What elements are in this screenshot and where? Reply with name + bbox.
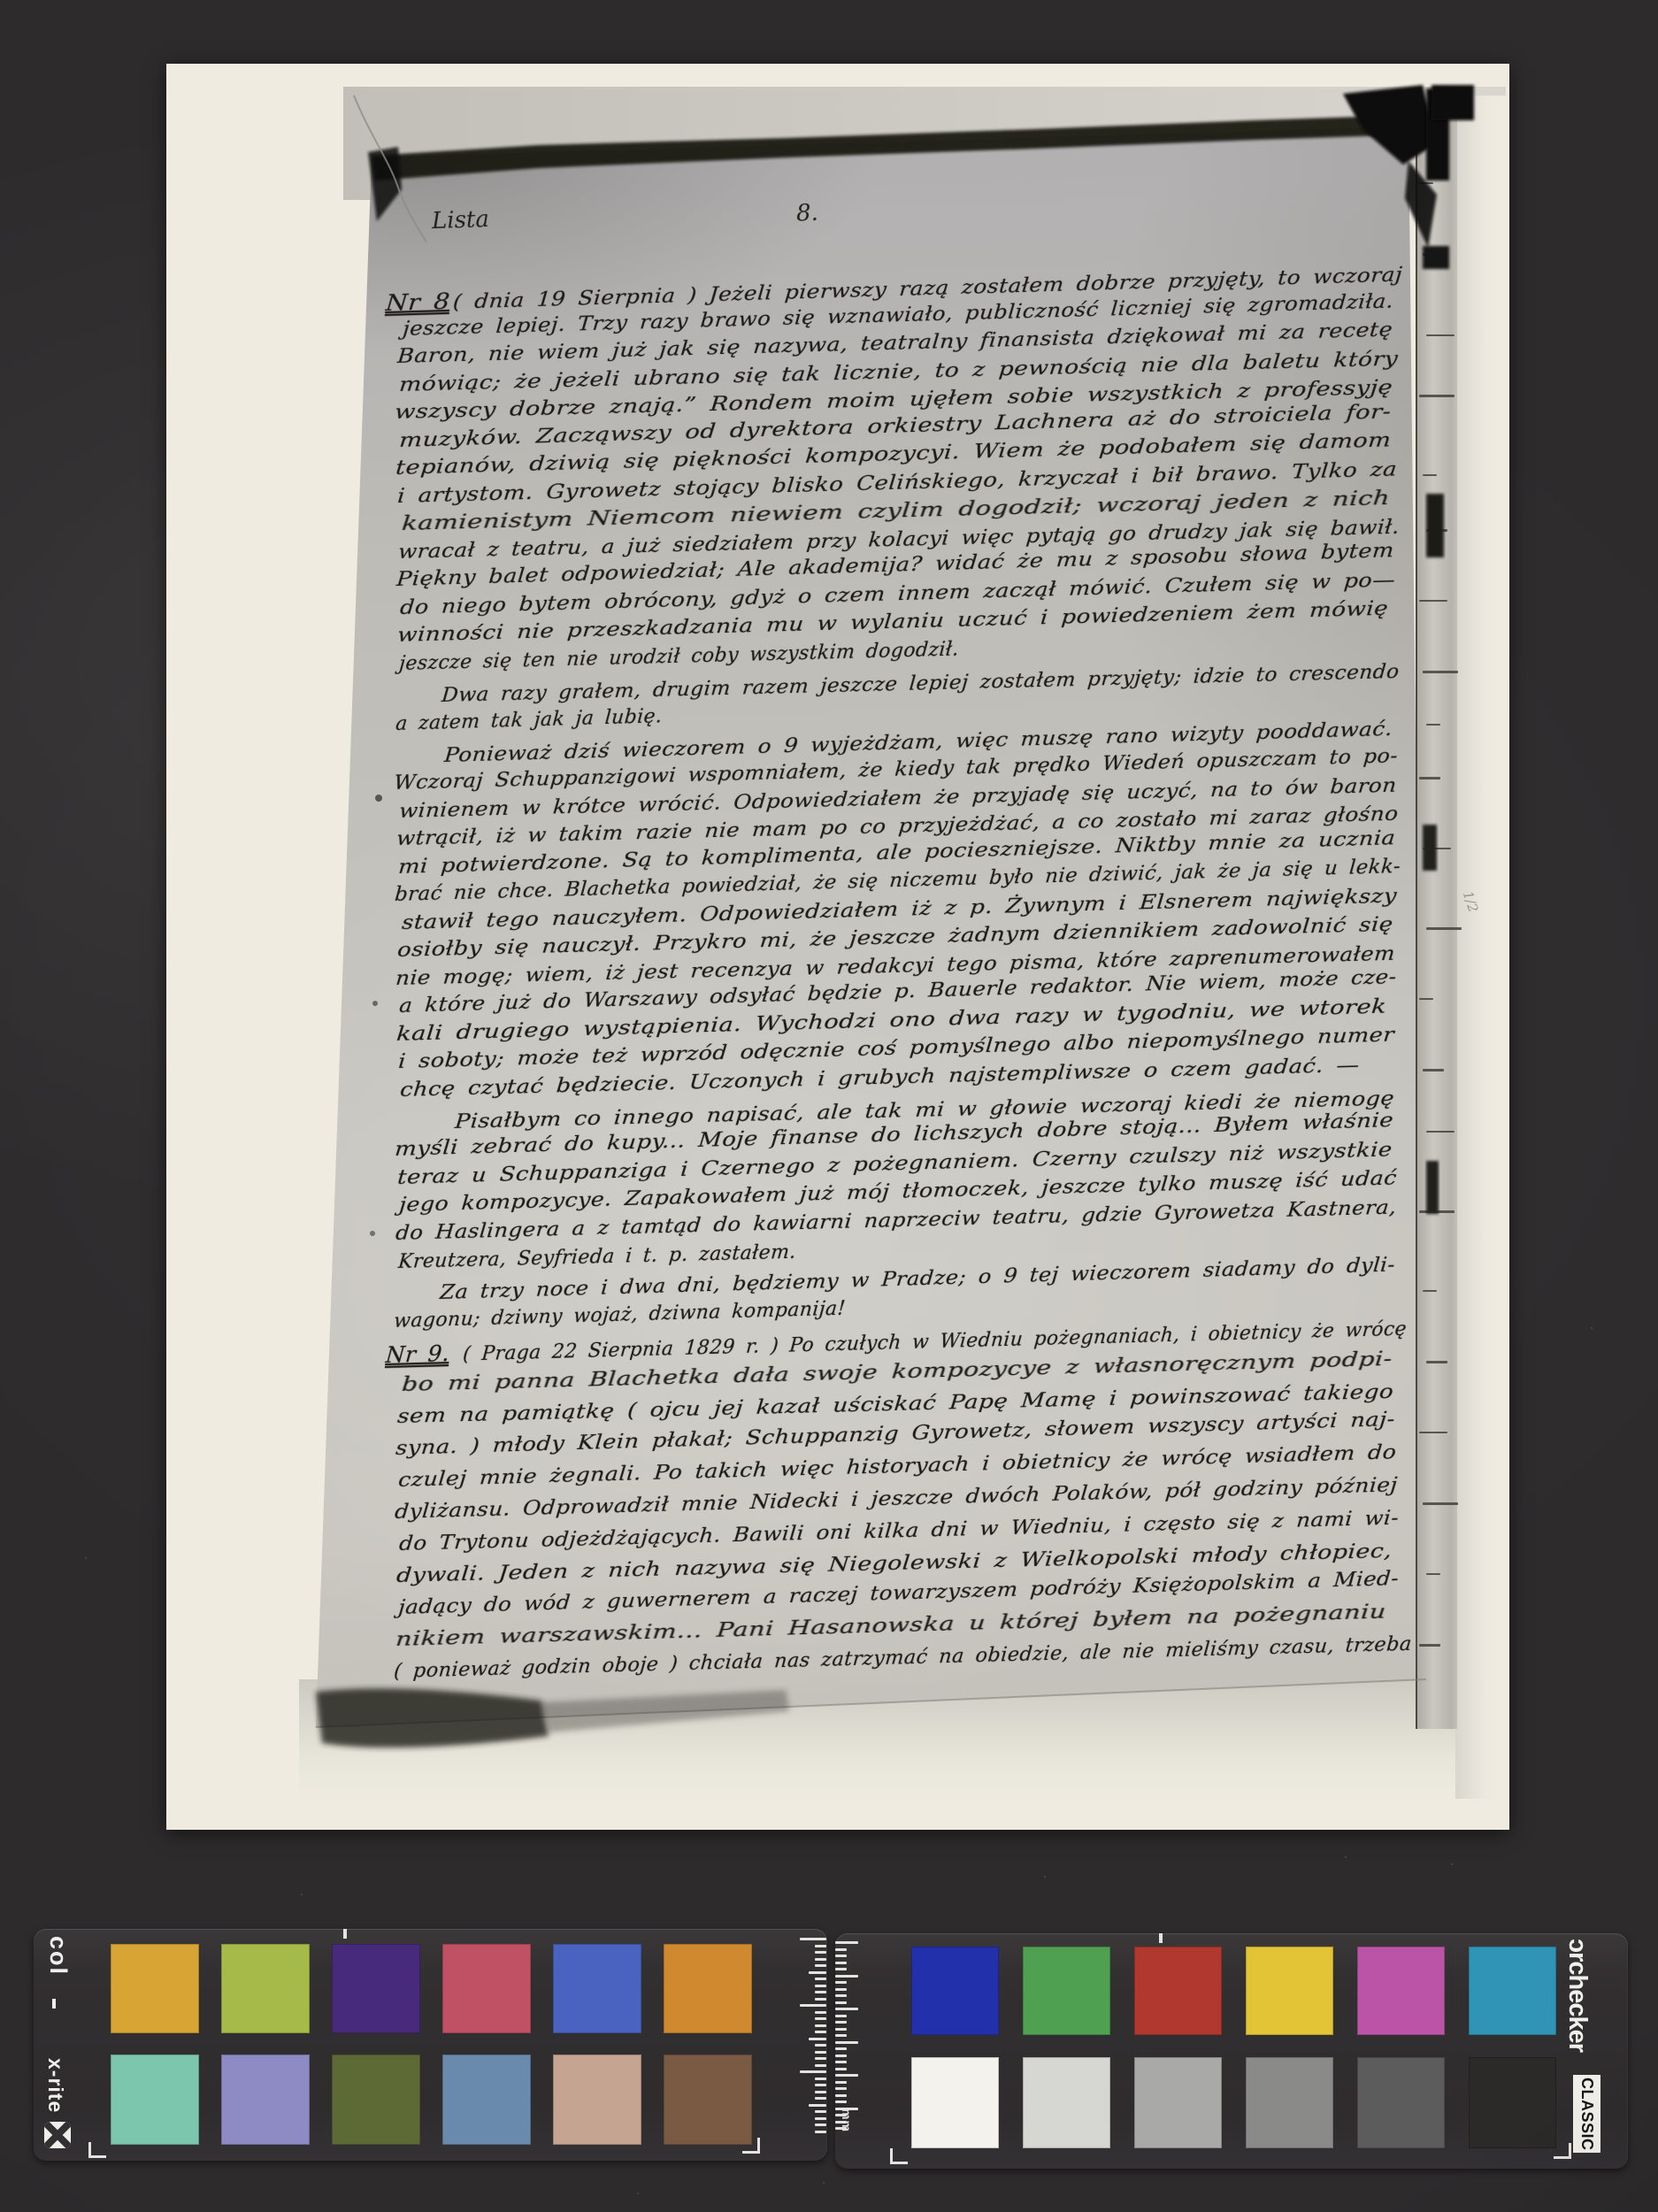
xrite-brand-text: x-rite — [43, 2058, 67, 2113]
ruler-tick — [815, 2124, 826, 2126]
ruler-tick — [815, 2078, 826, 2080]
ruler-tick — [835, 2101, 847, 2103]
color-swatch-red — [1134, 1947, 1222, 2035]
ruler-tick — [835, 2041, 858, 2044]
ruler-tick — [835, 2047, 847, 2050]
color-swatch-light-skin — [553, 2055, 641, 2145]
ruler-tick — [815, 1985, 826, 1987]
color-swatch-white — [911, 2057, 999, 2148]
ruler-tick — [835, 2114, 847, 2116]
corner-bracket-icon — [1554, 2143, 1571, 2159]
ruler-tick — [835, 2074, 858, 2077]
ruler-tick — [835, 2068, 847, 2070]
color-swatch-purple — [332, 1944, 420, 2033]
color-swatch-neutral-5 — [1246, 2057, 1333, 2148]
ruler-tick — [835, 2001, 847, 2004]
color-swatch-foliage — [332, 2055, 420, 2145]
ruler-tick — [815, 1998, 826, 2001]
colorchecker-frame-text: ɔrchecker — [1562, 1939, 1592, 2052]
ruler-tick — [815, 2024, 826, 2027]
xrite-logo-icon — [44, 2122, 71, 2148]
ruler-tick — [835, 2034, 847, 2037]
ruler-tick — [835, 2121, 847, 2124]
ruler-tick — [815, 2051, 826, 2054]
ruler-tick — [815, 1958, 826, 1961]
ruler-tick — [835, 2028, 847, 2031]
handwriting-line: wagonu; dziwny wojaż, dziwna kompanija! — [393, 1300, 846, 1332]
color-swatch-purplish-blue — [553, 1944, 641, 2033]
photo-archive-scene: Lista 8. Nr 8( dnia 19 Sierpnia ) Jeżeli… — [0, 0, 1658, 2212]
ruler-tick — [815, 1978, 826, 1980]
dust-speck — [823, 2182, 825, 2184]
dust-speck — [1591, 1327, 1593, 1329]
ruler-tick — [815, 2064, 826, 2067]
classic-badge: CLASSIC — [1573, 2075, 1600, 2153]
ruler-tick — [835, 2055, 847, 2057]
ruler-tick — [800, 2004, 826, 2007]
color-swatch-blue-flower — [221, 2055, 310, 2145]
ruler-tick — [835, 1981, 847, 1984]
color-swatch-neutral-6-5 — [1134, 2057, 1222, 2148]
color-swatch-blue — [911, 1947, 999, 2035]
ruler-tick — [835, 2015, 847, 2017]
ruler-tick — [835, 1955, 847, 1957]
color-swatch-green — [1023, 1947, 1110, 2035]
ruler-tick — [835, 2094, 847, 2097]
ruler-tick — [835, 2127, 847, 2130]
color-swatch-yellow — [1246, 1947, 1333, 2035]
ruler-tick — [835, 1968, 847, 1970]
ruler-tick — [835, 1994, 847, 1997]
registration-tick-icon — [1159, 1933, 1163, 1943]
colorchecker-frame-text: col — [44, 1936, 72, 1976]
ruler-tick — [815, 2057, 826, 2060]
handwriting-layer: Nr 8( dnia 19 Sierpnia ) Jeżeli pierwszy… — [166, 64, 1509, 1830]
ruler-tick — [800, 1938, 826, 1940]
color-swatch-neutral-8 — [1023, 2057, 1110, 2148]
ruler-tick — [809, 2104, 826, 2107]
ruler-tick — [815, 1991, 826, 1993]
colorchecker-right-strip: ɔrchecker CLASSIC mm — [835, 1933, 1628, 2169]
color-swatch-blue-sky — [442, 2055, 531, 2145]
dust-speck — [1044, 1876, 1046, 1878]
color-swatch-orange — [664, 1944, 752, 2033]
handwriting-line: Kreutzera, Seyfrieda i t. p. zastałem. — [397, 1243, 796, 1272]
ruler-tick — [800, 2070, 826, 2073]
color-swatch-magenta — [1357, 1947, 1445, 2035]
handwriting-line: a zatem tak jak ja lubię. — [395, 707, 663, 734]
ruler-tick — [815, 2131, 826, 2133]
classic-badge-label: CLASSIC — [1577, 2078, 1596, 2151]
ruler-tick — [835, 1962, 847, 1964]
ruler-tick — [835, 2008, 858, 2010]
color-swatch-dark-skin — [664, 2055, 752, 2145]
photo-print: Lista 8. Nr 8( dnia 19 Sierpnia ) Jeżeli… — [166, 64, 1509, 1830]
handwriting-line: jeszcze się ten nie urodził coby wszystk… — [398, 641, 959, 675]
ruler-tick — [835, 1975, 858, 1978]
ruler-tick — [815, 2117, 826, 2120]
registration-tick-icon — [343, 1929, 347, 1939]
ruler-tick — [815, 1964, 826, 1967]
ruler-tick — [835, 2087, 847, 2090]
color-swatch-neutral-3-5 — [1357, 2057, 1445, 2148]
ruler-tick — [835, 2081, 847, 2084]
ruler-tick — [815, 2110, 826, 2113]
ruler-tick — [809, 1971, 826, 1974]
colorchecker-left-strip: col x-rite — [34, 1929, 827, 2161]
color-swatch-orange-yellow — [111, 1944, 199, 2033]
dust-speck — [1345, 1856, 1347, 1858]
ruler-tick — [815, 2091, 826, 2093]
ruler-tick — [835, 2061, 847, 2063]
ruler-tick — [815, 2017, 826, 2020]
corner-bracket-icon — [88, 2142, 106, 2158]
dust-speck — [301, 1893, 303, 1895]
color-swatch-bluish-green — [111, 2055, 199, 2145]
entry-number: Nr 9. — [385, 1340, 453, 1368]
ruler-tick — [835, 2021, 847, 2024]
dust-speck — [85, 1557, 87, 1559]
ruler-tick — [815, 1945, 826, 1947]
ruler-tick — [835, 1988, 847, 1991]
entry-number: Nr 8 — [385, 288, 454, 316]
ruler-tick — [815, 2031, 826, 2033]
ruler-tick — [815, 2097, 826, 2100]
ruler-tick — [835, 1941, 858, 1944]
dust-speck — [637, 2193, 639, 2194]
ruler-tick — [815, 2011, 826, 2014]
ruler-tick — [835, 2108, 858, 2110]
color-swatch-cyan — [1469, 1947, 1556, 2035]
ruler-tick — [815, 2044, 826, 2047]
corner-bracket-icon — [890, 2148, 908, 2164]
color-swatch-yellow-green — [221, 1944, 310, 2033]
color-swatch-black — [1469, 2057, 1556, 2148]
ruler-tick — [815, 2084, 826, 2086]
ruler-tick — [835, 1948, 847, 1951]
ruler-tick — [809, 2038, 826, 2040]
color-swatch-moderate-red — [442, 1944, 531, 2033]
cut-letter-sliver — [52, 1999, 56, 2008]
ruler-tick — [815, 1951, 826, 1954]
dust-speck — [1451, 1863, 1453, 1865]
